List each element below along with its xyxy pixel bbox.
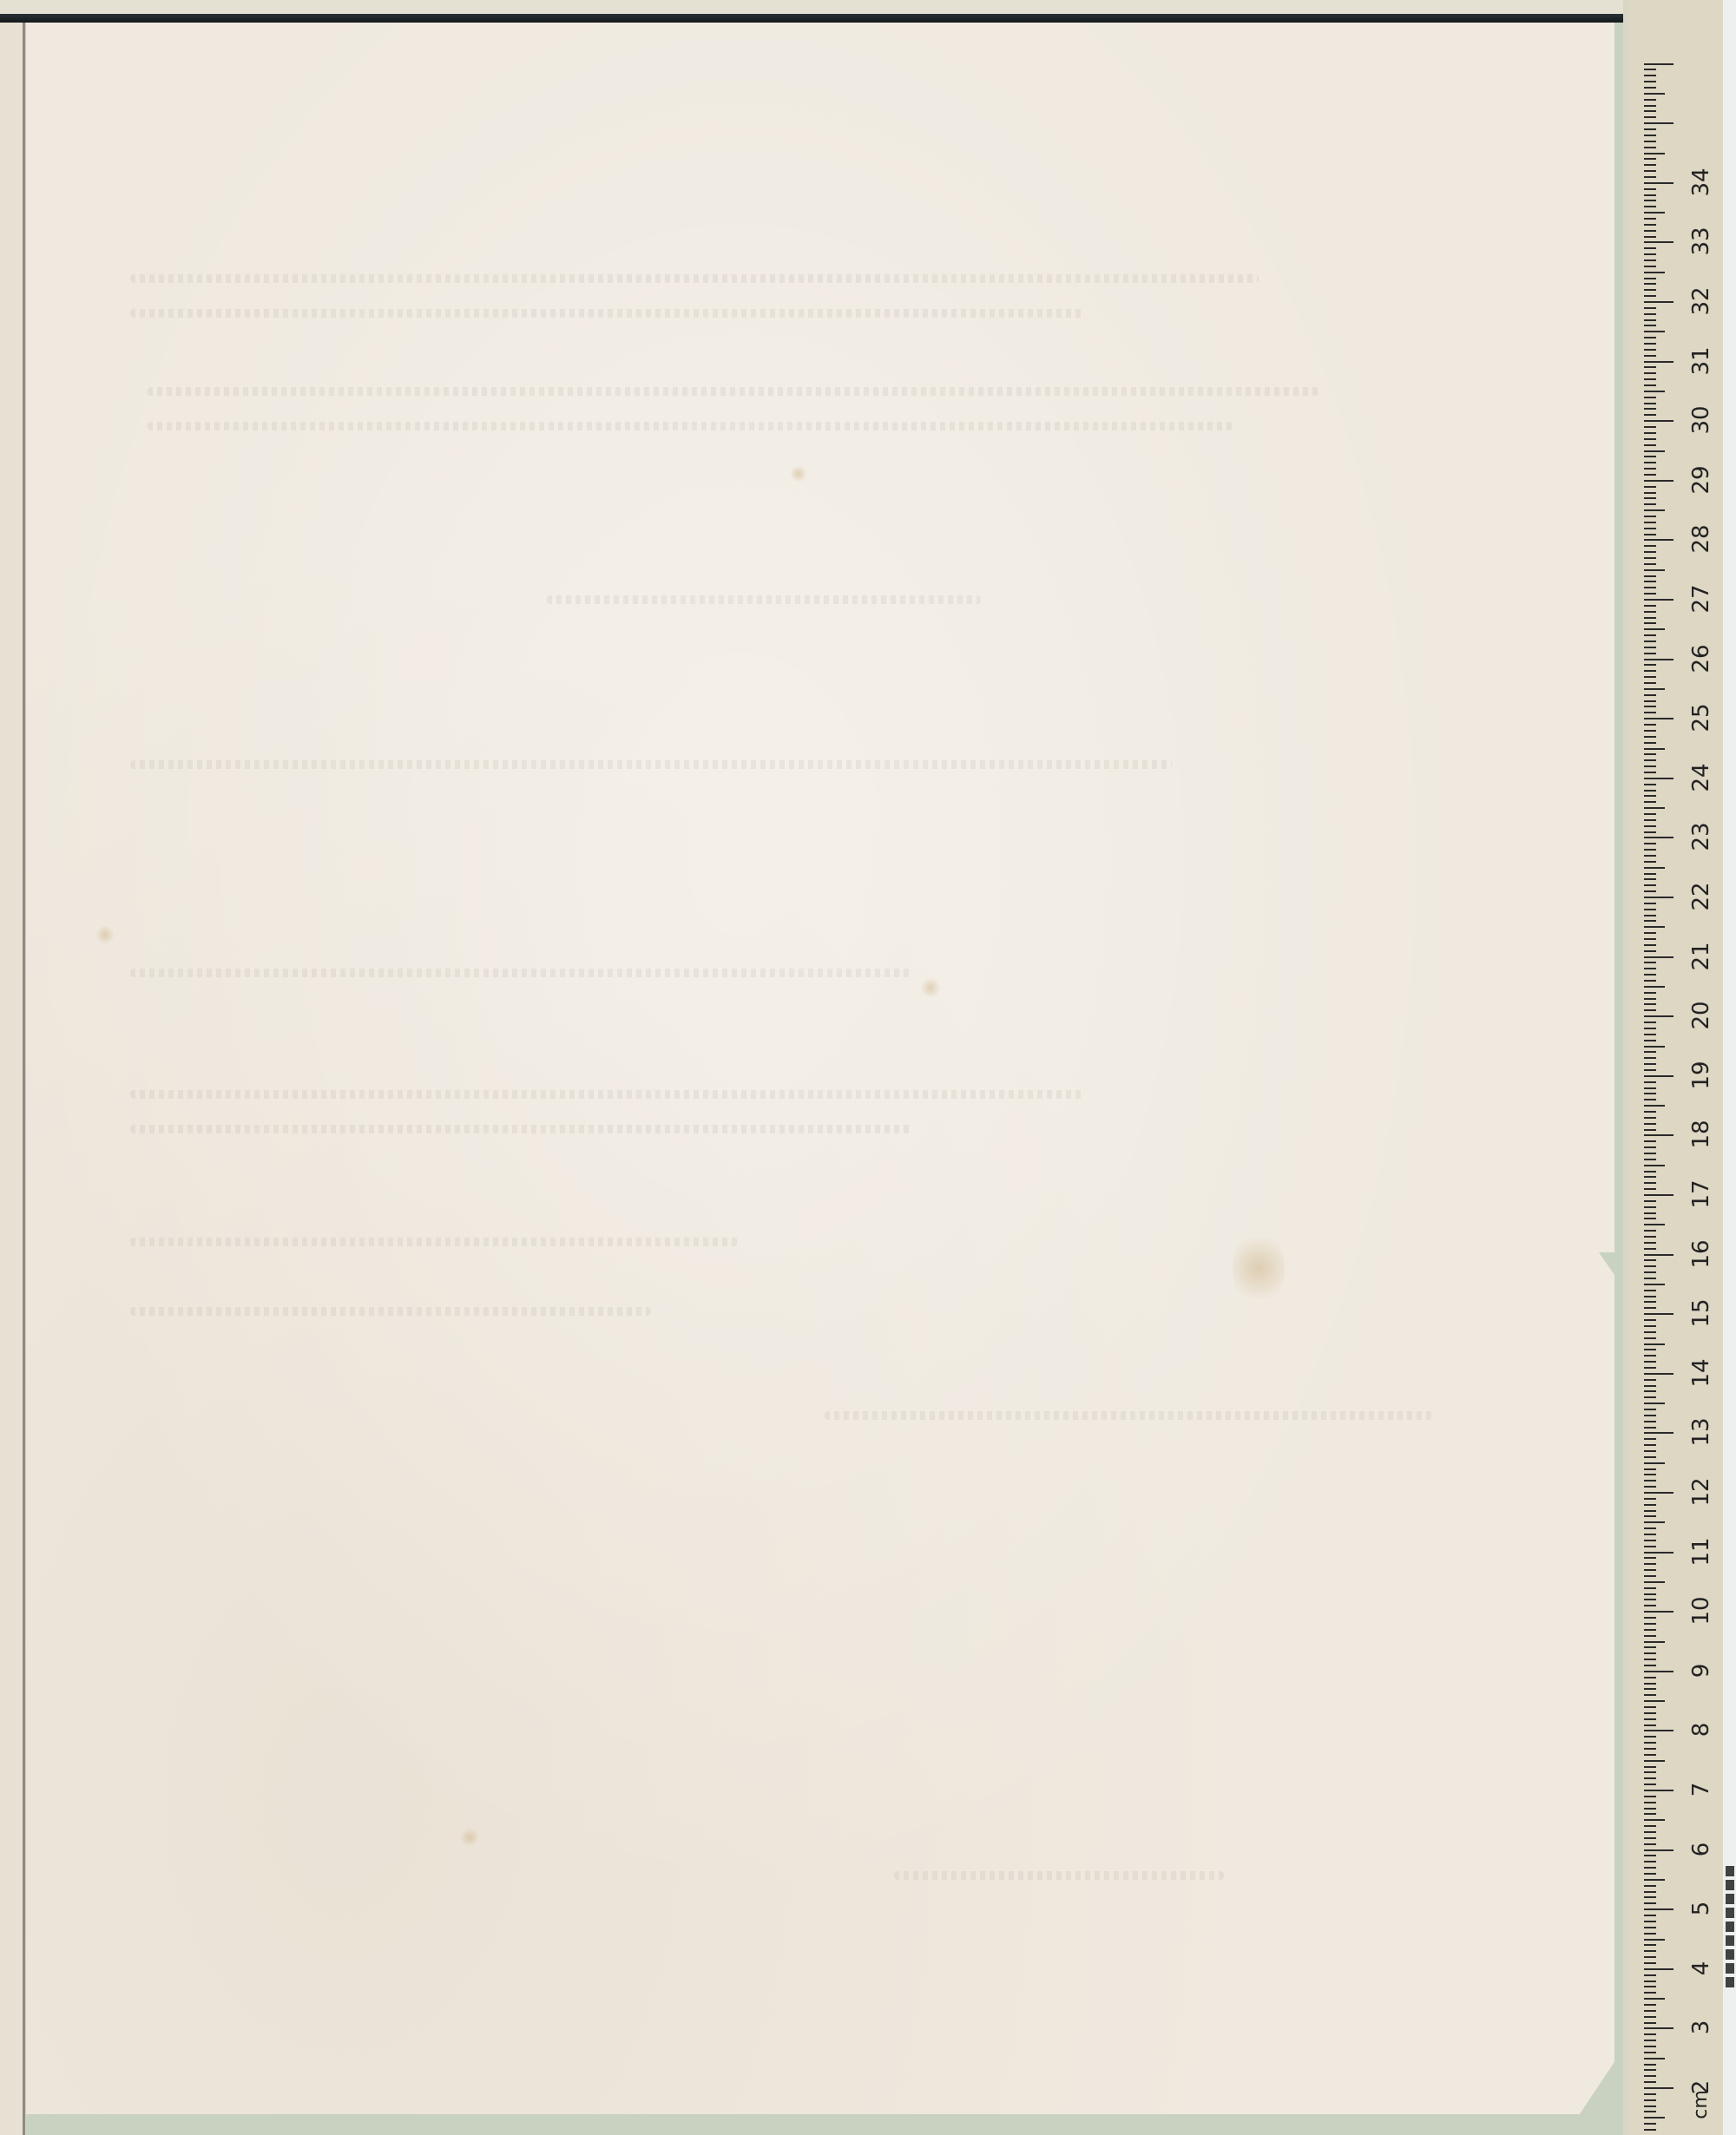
- ruler-tick: [1644, 75, 1656, 76]
- ruler-tick: [1644, 1593, 1656, 1595]
- ruler-tick: [1644, 1284, 1665, 1285]
- ruler-tick: [1644, 1933, 1656, 1935]
- ruler-tick: [1644, 403, 1656, 404]
- ruler-tick: [1644, 1218, 1656, 1219]
- ruler-tick: [1644, 998, 1656, 1000]
- ruler-tick: [1644, 1057, 1656, 1059]
- ruler-tick: [1644, 2016, 1656, 2018]
- ruler-tick: [1644, 116, 1656, 118]
- ruler-unit-label: cm: [1688, 2079, 1714, 2131]
- ruler-tick: [1644, 1885, 1656, 1887]
- ruler-tick: [1644, 1867, 1656, 1869]
- ruler-tick: [1644, 1409, 1656, 1410]
- ruler-tick: [1644, 1849, 1674, 1851]
- ruler-tick: [1644, 2081, 1656, 2083]
- ruler-tick: [1644, 1165, 1665, 1166]
- ruler-tick: [1644, 676, 1656, 678]
- ruler-tick: [1644, 1498, 1656, 1500]
- ruler-tick: [1644, 378, 1656, 380]
- ruler-number: 15: [1688, 1287, 1714, 1339]
- ruler-number: 11: [1688, 1526, 1714, 1578]
- ruler-tick: [1644, 1129, 1656, 1131]
- ruler-number: 33: [1688, 215, 1714, 267]
- ruler-tick: [1644, 778, 1674, 779]
- ruler-tick: [1644, 1504, 1656, 1506]
- ruler-tick: [1644, 569, 1665, 571]
- ruler-tick: [1644, 1259, 1656, 1261]
- ruler-tick: [1644, 343, 1656, 345]
- ruler-tick: [1644, 1462, 1665, 1464]
- ruler-tick: [1644, 1028, 1656, 1029]
- ruler-tick: [1644, 503, 1656, 505]
- ruler-tick: [1644, 795, 1656, 797]
- ruler-tick: [1644, 1575, 1656, 1577]
- ruler-tick: [1644, 2123, 1656, 2125]
- ruler-tick: [1644, 932, 1656, 934]
- show-through-text: [130, 760, 1172, 769]
- ruler-tick: [1644, 1040, 1656, 1041]
- ruler-tick: [1644, 1271, 1656, 1273]
- ruler-tick: [1644, 622, 1656, 624]
- show-through-text: [130, 1238, 738, 1246]
- ruler-tick: [1644, 640, 1656, 642]
- ruler-tick: [1644, 1438, 1656, 1440]
- ruler-tick: [1644, 509, 1665, 511]
- ruler-tick: [1644, 1677, 1656, 1678]
- ruler-tick: [1644, 2052, 1656, 2053]
- ruler-tick: [1644, 790, 1656, 792]
- ruler-number: 30: [1688, 394, 1714, 446]
- ruler-tick: [1644, 1855, 1656, 1856]
- show-through-text: [148, 422, 1233, 430]
- ruler-tick: [1644, 1015, 1674, 1017]
- ruler-tick: [1644, 516, 1656, 517]
- ruler-tick: [1644, 492, 1656, 494]
- ruler-number: 7: [1688, 1764, 1714, 1816]
- ruler-tick: [1644, 1921, 1656, 1922]
- ruler-tick: [1644, 1474, 1656, 1475]
- ruler-tick: [1644, 1182, 1656, 1184]
- ruler-tick: [1644, 1265, 1656, 1267]
- ruler-tick: [1644, 486, 1656, 488]
- ruler-tick: [1644, 1521, 1665, 1523]
- ruler-tick: [1644, 2117, 1665, 2119]
- ruler-number: 4: [1688, 1942, 1714, 1994]
- ruler-tick: [1644, 1861, 1656, 1862]
- ruler-tick: [1644, 855, 1656, 857]
- ruler-tick: [1644, 1278, 1656, 1279]
- ruler-tick: [1644, 784, 1656, 785]
- ruler-tick: [1644, 147, 1656, 148]
- ruler-tick: [1644, 456, 1656, 457]
- ruler-tick: [1644, 1873, 1656, 1875]
- ruler-tick: [1644, 903, 1656, 904]
- ruler-tick: [1644, 1236, 1656, 1238]
- ruler-tick: [1644, 813, 1656, 815]
- ruler-tick: [1644, 1200, 1656, 1202]
- ruler-tick: [1644, 1891, 1656, 1893]
- ruler-tick: [1644, 1140, 1656, 1142]
- ruler-tick: [1644, 1760, 1665, 1762]
- ruler-tick: [1644, 188, 1656, 190]
- ruler-tick: [1644, 557, 1656, 559]
- ruler-number: 6: [1688, 1823, 1714, 1876]
- ruler-tick: [1644, 563, 1656, 565]
- ruler-tick: [1644, 664, 1656, 666]
- ruler-number: 29: [1688, 454, 1714, 506]
- ruler-tick: [1644, 528, 1656, 529]
- ruler-tick: [1644, 105, 1656, 107]
- ruler-tick: [1644, 634, 1656, 636]
- ruler-tick: [1644, 1718, 1656, 1720]
- ruler-tick: [1644, 241, 1674, 243]
- ruler-tick: [1644, 1111, 1656, 1113]
- ruler-tick: [1644, 1896, 1656, 1898]
- ruler-tick: [1644, 81, 1656, 82]
- ruler-number: 16: [1688, 1228, 1714, 1280]
- ruler-tick: [1644, 944, 1656, 946]
- ruler-tick: [1644, 1319, 1656, 1321]
- ruler-tick: [1644, 694, 1656, 696]
- ruler-tick: [1644, 170, 1656, 172]
- ruler-tick: [1644, 266, 1656, 267]
- ruler-number: 31: [1688, 335, 1714, 387]
- ruler-tick: [1644, 1034, 1656, 1035]
- ruler-tick: [1644, 522, 1656, 523]
- ruler-number: 8: [1688, 1704, 1714, 1756]
- ruler-tick: [1644, 2022, 1656, 2024]
- ruler-tick: [1644, 1766, 1656, 1768]
- ruler-tick: [1644, 670, 1656, 672]
- ruler-tick: [1644, 1777, 1656, 1779]
- ruler-tick: [1644, 1831, 1656, 1833]
- ruler-tick: [1644, 682, 1656, 684]
- show-through-text: [825, 1411, 1432, 1420]
- blank-page: [26, 23, 1614, 2114]
- ruler-tick: [1644, 926, 1665, 928]
- ruler-tick: [1644, 1427, 1656, 1429]
- ruler-tick: [1644, 1974, 1656, 1976]
- ruler-tick: [1644, 688, 1665, 690]
- ruler-tick: [1644, 1325, 1656, 1327]
- foxing-stain: [920, 977, 941, 998]
- ruler-number: 25: [1688, 692, 1714, 744]
- foxing-stain: [460, 1828, 479, 1847]
- ruler-number: 32: [1688, 275, 1714, 327]
- ruler-tick: [1644, 861, 1656, 863]
- ruler-tick: [1644, 1403, 1665, 1404]
- ruler-tick: [1644, 1540, 1656, 1541]
- ruler-tick: [1644, 1468, 1656, 1470]
- ruler-tick: [1644, 1552, 1674, 1554]
- ruler-tick: [1644, 706, 1656, 707]
- ruler-tick: [1644, 1009, 1656, 1011]
- ruler-tick: [1644, 765, 1656, 767]
- ruler-tick: [1644, 206, 1656, 207]
- ruler-tick: [1644, 884, 1656, 886]
- ruler-tick: [1644, 1515, 1656, 1517]
- ruler-tick: [1644, 1456, 1656, 1458]
- ruler-tick: [1644, 1486, 1656, 1488]
- ruler-tick: [1644, 1390, 1656, 1392]
- ruler-tick: [1644, 593, 1656, 595]
- ruler-tick: [1644, 1361, 1656, 1363]
- ruler-tick: [1644, 1307, 1656, 1309]
- show-through-text: [894, 1871, 1224, 1880]
- ruler-tick: [1644, 397, 1656, 398]
- ruler-tick: [1644, 1617, 1656, 1619]
- ruler-tick: [1644, 551, 1656, 553]
- ruler-tick: [1644, 1683, 1656, 1685]
- ruler-tick: [1644, 349, 1656, 351]
- ruler-tick: [1644, 915, 1656, 916]
- ruler-tick: [1644, 748, 1665, 750]
- ruler-tick: [1644, 1230, 1656, 1232]
- ruler-tick: [1644, 718, 1674, 719]
- ruler-tick: [1644, 450, 1665, 452]
- ruler-tick: [1644, 1337, 1656, 1339]
- ruler-tick: [1644, 1724, 1656, 1726]
- ruler-tick: [1644, 1396, 1656, 1398]
- ruler-tick: [1644, 1635, 1656, 1637]
- ruler-tick: [1644, 1087, 1656, 1089]
- ruler-tick: [1644, 1188, 1656, 1190]
- ruler-tick: [1644, 432, 1656, 434]
- ruler-tick: [1644, 1569, 1656, 1571]
- show-through-text: [148, 387, 1319, 396]
- ruler-brand-mark: [1726, 1866, 1734, 1987]
- ruler-number: 28: [1688, 513, 1714, 565]
- ruler-tick: [1644, 355, 1656, 357]
- ruler-tick: [1644, 2111, 1656, 2112]
- ruler-tick: [1644, 1480, 1656, 1481]
- ruler-tick: [1644, 128, 1656, 130]
- ruler-tick: [1644, 253, 1656, 255]
- ruler-tick: [1644, 414, 1656, 416]
- ruler-tick: [1644, 2046, 1656, 2047]
- ruler-tick: [1644, 1290, 1656, 1291]
- ruler-tick: [1644, 1385, 1656, 1387]
- ruler-tick: [1644, 1706, 1656, 1708]
- ruler-tick: [1644, 1581, 1665, 1583]
- ruler-tick: [1644, 968, 1656, 969]
- ruler-tick: [1644, 69, 1656, 70]
- ruler-tick: [1644, 1652, 1656, 1654]
- ruler-tick: [1644, 878, 1656, 880]
- ruler-tick: [1644, 700, 1656, 702]
- ruler-tick: [1644, 176, 1656, 178]
- ruler-tick: [1644, 628, 1665, 630]
- ruler-tick: [1644, 1694, 1656, 1696]
- ruler-tick: [1644, 611, 1656, 613]
- ruler-tick: [1644, 1837, 1656, 1839]
- ruler-tick: [1644, 1605, 1656, 1606]
- ruler-tick: [1644, 366, 1656, 368]
- ruler-tick: [1644, 617, 1656, 619]
- ruler-tick: [1644, 897, 1674, 898]
- ruler-tick: [1644, 772, 1656, 773]
- ruler-tick: [1644, 63, 1674, 65]
- ruler-tick: [1644, 2129, 1656, 2131]
- ruler-tick: [1644, 278, 1656, 279]
- ruler-tick: [1644, 1611, 1674, 1613]
- ruler-tick: [1644, 1534, 1656, 1535]
- ruler-tick: [1644, 843, 1656, 844]
- ruler-tick: [1644, 2105, 1656, 2107]
- ruler-tick: [1644, 1956, 1656, 1958]
- ruler-tick: [1644, 980, 1656, 982]
- ruler-tick: [1644, 1224, 1665, 1225]
- ruler-tick: [1644, 236, 1656, 238]
- ruler-number: 22: [1688, 870, 1714, 923]
- ruler-tick: [1644, 1998, 1665, 2000]
- ruler-tick: [1644, 1134, 1674, 1136]
- ruler-tick: [1644, 575, 1656, 577]
- ruler-tick: [1644, 730, 1656, 732]
- ruler-tick: [1644, 1563, 1656, 1565]
- ruler-number: 17: [1688, 1168, 1714, 1220]
- ruler-tick: [1644, 1939, 1665, 1941]
- ruler-tick: [1644, 1599, 1656, 1600]
- ruler-tick: [1644, 1296, 1656, 1297]
- ruler-tick: [1644, 2087, 1674, 2089]
- ruler-tick: [1644, 1421, 1656, 1422]
- ruler-tick: [1644, 1063, 1656, 1065]
- foxing-stain: [790, 465, 807, 483]
- ruler-tick: [1644, 974, 1656, 976]
- ruler-tick: [1644, 712, 1656, 713]
- ruler-tick: [1644, 212, 1665, 213]
- ruler-tick: [1644, 938, 1656, 940]
- ruler-tick: [1644, 224, 1656, 226]
- ruler-tick: [1644, 534, 1656, 535]
- ruler-number: 9: [1688, 1645, 1714, 1697]
- ruler-tick: [1644, 1176, 1656, 1178]
- ruler-tick: [1644, 742, 1656, 744]
- ruler-tick: [1644, 909, 1656, 910]
- ruler-tick: [1644, 1659, 1656, 1660]
- ruler-tick: [1644, 2027, 1674, 2029]
- ruler-tick: [1644, 153, 1665, 154]
- ruler-tick: [1644, 2075, 1656, 2077]
- ruler-tick: [1644, 141, 1656, 142]
- ruler-tick: [1644, 1194, 1674, 1196]
- ruler-tick: [1644, 647, 1656, 648]
- ruler-tick: [1644, 867, 1665, 869]
- ruler-tick: [1644, 1444, 1656, 1446]
- ruler-tick: [1644, 1254, 1674, 1256]
- ruler-tick: [1644, 545, 1656, 547]
- ruler-number: 12: [1688, 1466, 1714, 1518]
- ruler-number: 27: [1688, 573, 1714, 625]
- ruler-number: 14: [1688, 1347, 1714, 1399]
- ruler-tick: [1644, 1248, 1656, 1250]
- ruler-tick: [1644, 182, 1674, 184]
- ruler-number: 23: [1688, 811, 1714, 863]
- ruler-tick: [1644, 2093, 1656, 2095]
- ruler-tick: [1644, 164, 1656, 166]
- ruler-tick: [1644, 313, 1656, 315]
- ruler-tick: [1644, 194, 1656, 196]
- ruler-tick: [1644, 1927, 1656, 1928]
- ruler-tick: [1644, 325, 1656, 326]
- book-top-edge: [0, 14, 1623, 23]
- ruler-tick: [1644, 1367, 1656, 1369]
- ruler-tick: [1644, 337, 1656, 338]
- ruler-tick: [1644, 272, 1665, 273]
- ruler-tick: [1644, 2064, 1656, 2066]
- ruler-tick: [1644, 1003, 1656, 1005]
- ruler-tick: [1644, 2040, 1656, 2041]
- ruler-number: 24: [1688, 752, 1714, 804]
- ruler-tick: [1644, 384, 1656, 386]
- ruler-tick: [1644, 1825, 1656, 1827]
- ruler-tick: [1644, 1802, 1656, 1803]
- ruler-tick: [1644, 474, 1656, 476]
- ruler-tick: [1644, 372, 1656, 374]
- ruler-tick: [1644, 1902, 1656, 1904]
- ruler-tick: [1644, 1796, 1656, 1797]
- ruler-tick: [1644, 1771, 1656, 1773]
- ruler-tick: [1644, 2004, 1656, 2006]
- ruler-tick: [1644, 200, 1656, 201]
- ruler-tick: [1644, 724, 1656, 726]
- adjacent-leaf: [0, 23, 23, 2135]
- ruler-tick: [1644, 849, 1656, 851]
- ruler-tick: [1644, 962, 1656, 963]
- ruler-tick: [1644, 301, 1674, 303]
- ruler-tick: [1644, 1373, 1674, 1375]
- ruler-tick: [1644, 1790, 1674, 1791]
- ruler-tick: [1644, 605, 1656, 607]
- ruler-tick: [1644, 319, 1656, 321]
- ruler-tick: [1644, 1879, 1665, 1881]
- ruler-tick: [1644, 1206, 1656, 1208]
- ruler-tick: [1644, 1665, 1656, 1666]
- ruler-number: 13: [1688, 1406, 1714, 1458]
- scan-background-top: [0, 0, 1623, 14]
- ruler-number: 5: [1688, 1882, 1714, 1935]
- ruler-tick: [1644, 1754, 1656, 1756]
- ruler-tick: [1644, 1242, 1656, 1244]
- ruler-tick: [1644, 1301, 1656, 1303]
- ruler-tick: [1644, 1099, 1656, 1100]
- ruler-number: 34: [1688, 156, 1714, 208]
- ruler-tick: [1644, 759, 1656, 761]
- ruler-tick: [1644, 1022, 1656, 1023]
- ruler-tick: [1644, 1415, 1656, 1416]
- ruler-tick: [1644, 1075, 1674, 1077]
- ruler-tick: [1644, 1117, 1656, 1119]
- ruler-tick: [1644, 289, 1656, 291]
- ruler-tick: [1644, 1730, 1674, 1731]
- ruler-tick: [1644, 801, 1656, 803]
- ruler-tick: [1644, 462, 1656, 463]
- ruler-number: 10: [1688, 1585, 1714, 1637]
- ruler-tick: [1644, 408, 1656, 410]
- ruler-tick: [1644, 2010, 1656, 2012]
- show-through-text: [130, 1090, 1085, 1099]
- ruler-tick: [1644, 2033, 1656, 2035]
- ruler-tick: [1644, 93, 1665, 95]
- ruler-number: 18: [1688, 1108, 1714, 1160]
- ruler-tick: [1644, 1742, 1656, 1744]
- ruler-tick: [1644, 986, 1665, 988]
- ruler-number: 19: [1688, 1049, 1714, 1101]
- ruler-tick: [1644, 99, 1656, 101]
- ruler-tick: [1644, 420, 1674, 422]
- ruler-tick: [1644, 1671, 1674, 1672]
